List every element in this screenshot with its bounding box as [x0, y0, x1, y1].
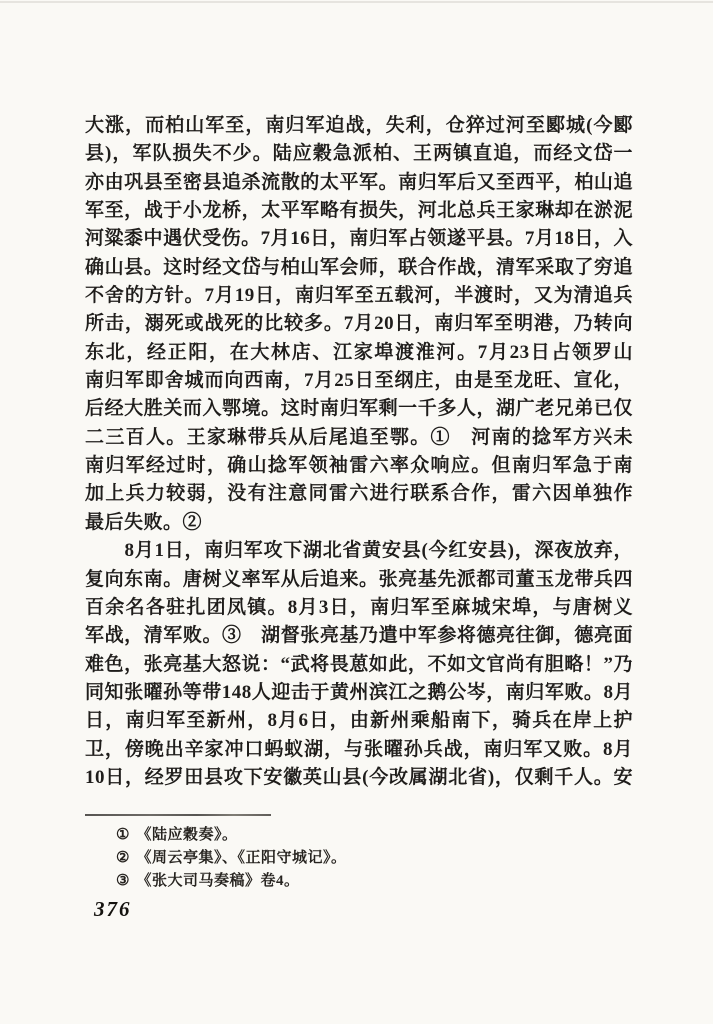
body-text-line: 后经大胜关而入鄂境。这时南归军剩一千多人，湖广老兄弟已仅 [85, 395, 633, 423]
footnote-text: 《张大司马奏稿》卷4。 [136, 870, 299, 893]
page-number: 376 [94, 897, 132, 922]
paragraph-1: 大涨，而柏山军至，南归军迫战，失利，仓猝过河至郾城(今郾城 县)，军队损失不少。… [85, 112, 633, 537]
body-text-line: 卫，傍晚出辛家冲口蚂蚁湖，与张曜孙兵战，南归军又败。8月 [85, 736, 633, 764]
footnote-text: 《陆应穀奏》。 [136, 824, 237, 847]
footnote-marker: ② [116, 847, 129, 870]
body-text-line: 县)，军队损失不少。陆应穀急派柏、王两镇直追，而经文岱一军 [85, 140, 633, 168]
footnote-marker: ③ [116, 870, 129, 893]
body-text-line: 复向东南。唐树义率军从后追来。张亮基先派都司董玉龙带兵四 [85, 566, 633, 594]
body-text-line: 10日，经罗田县攻下安徽英山县(今改属湖北省)，仅剩千人。安 [85, 764, 633, 792]
body-text-line: 百余名各驻扎团凤镇。8月3日，南归军至麻城宋埠，与唐树义 [85, 594, 633, 622]
body-text-line: 亦由巩县至密县追杀流散的太平军。南归军后又至西平，柏山追 [85, 169, 633, 197]
body-text-line: 军战，清军败。③ 湖督张亮基乃遣中军参将德亮往御，德亮面有 [85, 622, 633, 650]
body-text-line: 同知张曜孙等带148人迎击于黄州滨江之鹅公岑，南归军败。8月5 [85, 679, 633, 707]
body-text-line: 南归军即舍城而向西南，7月25日至纲庄，由是至龙旺、宣化，然 [85, 367, 633, 395]
body-text-line: 南归军经过时，确山捻军领袖雷六率众响应。但南归军急于南行， [85, 452, 633, 480]
body-text-line: 二三百人。王家琳带兵从后尾追至鄂。① 河南的捻军方兴未艾， [85, 424, 633, 452]
body-text-line: 8月1日，南归军攻下湖北省黄安县(今红安县)，深夜放弃， [85, 537, 633, 565]
footnotes-block: ① 《陆应穀奏》。 ② 《周云亭集》、《正阳守城记》。 ③ 《张大司马奏稿》卷4… [116, 824, 596, 893]
body-text-line: 大涨，而柏山军至，南归军迫战，失利，仓猝过河至郾城(今郾城 [85, 112, 633, 140]
footnote-item: ② 《周云亭集》、《正阳守城记》。 [116, 847, 596, 870]
footnote-item: ① 《陆应穀奏》。 [116, 824, 596, 847]
scan-edge-artifact [0, 1, 713, 3]
paragraph-2: 8月1日，南归军攻下湖北省黄安县(今红安县)，深夜放弃， 复向东南。唐树义率军从… [85, 537, 633, 792]
body-text-line: 难色，张亮基大怒说：“武将畏葸如此，不如文官尚有胆略！”乃遣 [85, 651, 633, 679]
body-text-line: 确山县。这时经文岱与柏山军会师，联合作战，清军采取了穷追 [85, 254, 633, 282]
body-text-line: 不舍的方针。7月19日，南归军至五载河，半渡时，又为清追兵 [85, 282, 633, 310]
body-text-line: 日，南归军至新州，8月6日，由新州乘船南下，骑兵在岸上护 [85, 707, 633, 735]
body-text-block: 大涨，而柏山军至，南归军迫战，失利，仓猝过河至郾城(今郾城 县)，军队损失不少。… [85, 112, 633, 792]
scanned-book-page: { "page_number": "376", "body": { "parag… [0, 0, 713, 1024]
footnote-marker: ① [116, 824, 129, 847]
body-text-line: 所击，溺死或战死的比较多。7月20日，南归军至明港，乃转向 [85, 310, 633, 338]
footnote-divider [85, 814, 271, 816]
body-text-line: 最后失败。② [85, 509, 633, 537]
body-text-line: 加上兵力较弱，没有注意同雷六进行联系合作，雷六因单独作战， [85, 480, 633, 508]
body-text-line: 河粱黍中遇伏受伤。7月16日，南归军占领遂平县。7月18日，入 [85, 225, 633, 253]
body-text-line: 东北，经正阳，在大林店、江家埠渡淮河。7月23日占领罗山县。 [85, 339, 633, 367]
footnote-item: ③ 《张大司马奏稿》卷4。 [116, 870, 596, 893]
body-text-line: 军至，战于小龙桥，太平军略有损失，河北总兵王家琳却在淤泥 [85, 197, 633, 225]
footnote-text: 《周云亭集》、《正阳守城记》。 [136, 847, 346, 870]
